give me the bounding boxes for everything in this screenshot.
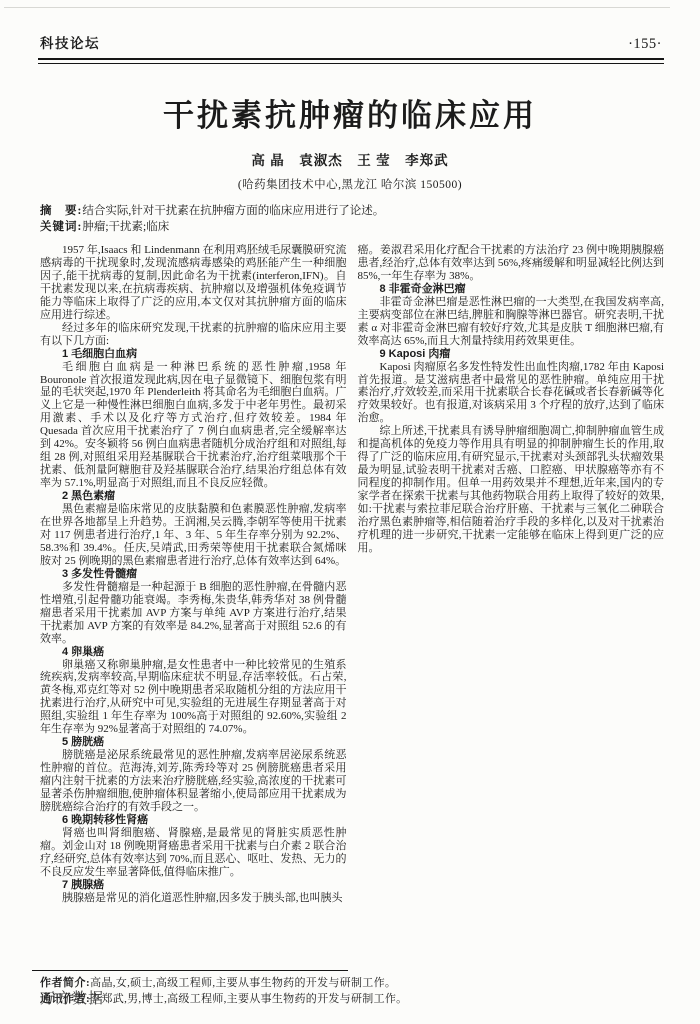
scanned-paper-page: 科技论坛 ·155· 干扰素抗肿瘤的临床应用 高 晶 袁淑杰 王 莹 李郑武 (…: [0, 0, 700, 1024]
paragraph: Kaposi 肉瘤原名多发性特发性出血性肉瘤,1782 年由 Kaposi 首先…: [358, 361, 665, 426]
paragraph: 卵巢癌又称卵巢肿瘤,是女性患者中一种比较常见的生殖系统疾病,发病率较高,早期临床…: [40, 659, 347, 737]
section-heading: 6 晚期转移性肾癌: [40, 814, 347, 827]
paragraph: 黑色素瘤是临床常见的皮肤黏膜和色素膜恶性肿瘤,发病率在世界各地都呈上升趋势。王润…: [40, 503, 347, 568]
author-bio-text: 高晶,女,硕士,高级工程师,主要从事生物药的开发与研制工作。: [90, 977, 396, 989]
paragraph: 综上所述,干扰素具有诱导肿瘤细胞凋亡,抑制肿瘤血管生成和提高机体的免疫力等作用具…: [358, 425, 665, 555]
section-heading: 4 卵巢癌: [40, 646, 347, 659]
paragraph: 膀胱癌是泌尿系统最常见的恶性肿瘤,发病率居泌尿系统恶性肿瘤的首位。范海涛,刘芳,…: [40, 749, 347, 814]
paragraph: 经过多年的临床研究发现,干扰素的抗肿瘤的临床应用主要有以下几方面:: [40, 322, 347, 348]
keywords-text: 肿瘤;干扰素;临床: [82, 221, 169, 233]
scan-edge-line: [4, 7, 670, 8]
footnote-rule: [32, 970, 348, 971]
section-heading: 1 毛细胞白血病: [40, 348, 347, 361]
section-heading: 2 黑色素瘤: [40, 490, 347, 503]
corresponding-author-text: 李郑武,男,博士,高级工程师,主要从事生物药的开发与研制工作。: [90, 993, 407, 1005]
page-number: ·155·: [628, 36, 662, 53]
author-footnote: 作者简介:高晶,女,硕士,高级工程师,主要从事生物药的开发与研制工作。 通讯作者…: [40, 970, 660, 1007]
paragraph: 肾癌也叫肾细胞癌、肾腺癌,是最常见的肾脏实质恶性肿瘤。刘金山对 18 例晚期肾癌…: [40, 827, 347, 879]
affiliation-line: (哈药集团技术中心,黑龙江 哈尔滨 150500): [0, 176, 700, 192]
paragraph: 毛细胞白血病是一种淋巴系统的恶性肿瘤,1958 年 Bouronole 首次报道…: [40, 361, 347, 491]
right-column: 癌。姜淑君采用化疗配合干扰素的方法治疗 23 例中晚期胰腺癌患者,经治疗,总体有…: [358, 244, 665, 970]
authors-line: 高 晶 袁淑杰 王 莹 李郑武: [0, 149, 700, 169]
keywords-label: 关键词:: [40, 221, 82, 233]
corresponding-author-line: 通讯作者:李郑武,男,博士,高级工程师,主要从事生物药的开发与研制工作。: [40, 991, 660, 1007]
paragraph: 1957 年,Isaacs 和 Lindenmann 在利用鸡胚绒毛尿囊膜研究流…: [40, 244, 347, 322]
paragraph: 胰腺癌是常见的消化道恶性肿瘤,因多发于胰头部,也叫胰头: [40, 892, 347, 905]
section-heading: 8 非霍奇金淋巴瘤: [358, 283, 665, 296]
keywords-line: 关键词:肿瘤;干扰素;临床: [40, 219, 660, 235]
section-heading: 5 膀胱癌: [40, 736, 347, 749]
left-column: 1957 年,Isaacs 和 Lindenmann 在利用鸡胚绒毛尿囊膜研究流…: [40, 244, 347, 970]
abstract-block: 摘 要:结合实际,针对干扰素在抗肿瘤方面的临床应用进行了论述。 关键词:肿瘤;干…: [40, 203, 660, 235]
section-heading: 3 多发性骨髓瘤: [40, 568, 347, 581]
article-title: 干扰素抗肿瘤的临床应用: [0, 90, 700, 135]
wanfang-watermark: 万方数据: [40, 987, 104, 1008]
header-rule: [38, 58, 664, 64]
abstract-line: 摘 要:结合实际,针对干扰素在抗肿瘤方面的临床应用进行了论述。: [40, 203, 660, 219]
section-heading: 7 胰腺癌: [40, 879, 347, 892]
paragraph: 非霍奇金淋巴瘤是恶性淋巴瘤的一大类型,在我国发病率高,主要病变部位在淋巴结,脾脏…: [358, 296, 665, 348]
body-columns: 1957 年,Isaacs 和 Lindenmann 在利用鸡胚绒毛尿囊膜研究流…: [40, 244, 664, 970]
paragraph: 癌。姜淑君采用化疗配合干扰素的方法治疗 23 例中晚期胰腺癌患者,经治疗,总体有…: [358, 244, 665, 283]
abstract-text: 结合实际,针对干扰素在抗肿瘤方面的临床应用进行了论述。: [82, 205, 384, 217]
journal-section-label: 科技论坛: [40, 32, 100, 52]
author-bio-line: 作者简介:高晶,女,硕士,高级工程师,主要从事生物药的开发与研制工作。: [40, 975, 660, 991]
abstract-label: 摘 要:: [40, 205, 82, 217]
paragraph: 多发性骨髓瘤是一种起源于 B 细胞的恶性肿瘤,在骨髓内恶性增殖,引起骨髓功能衰竭…: [40, 581, 347, 646]
section-heading: 9 Kaposi 肉瘤: [358, 348, 665, 361]
